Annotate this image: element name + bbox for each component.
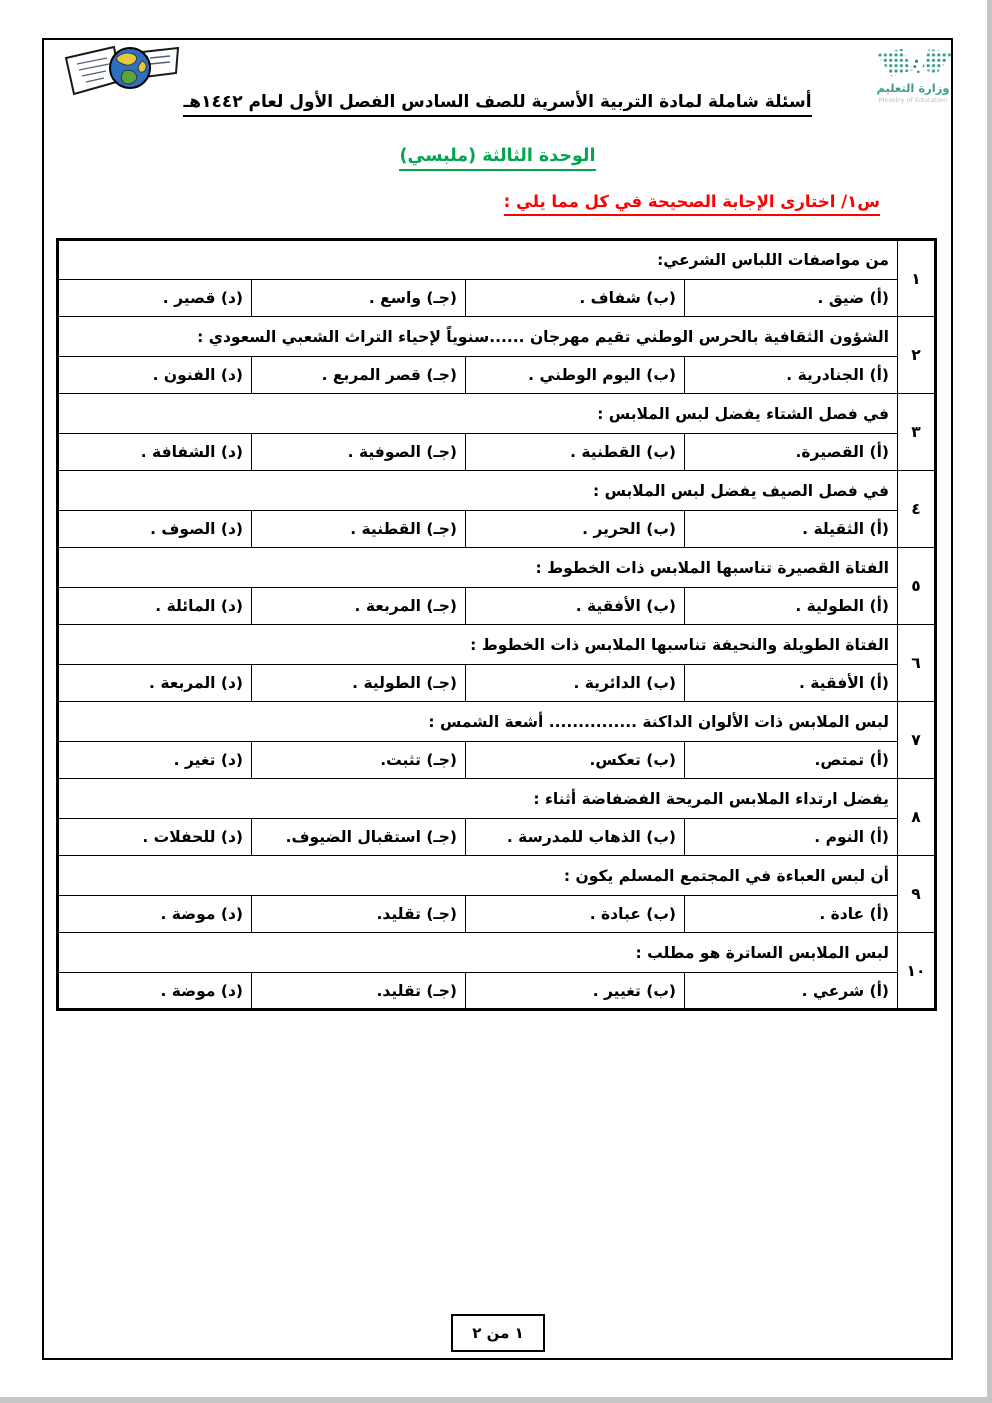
option-d: (د) تغير . (57, 742, 251, 779)
question-row: ٥ الفتاة القصيرة تناسبها الملابس ذات الخ… (57, 548, 935, 588)
option-d: (د) الفنون . (57, 357, 251, 394)
unit-title: الوحدة الثالثة (ملبسي) (399, 146, 595, 171)
option-b: (ب) تعكس. (466, 742, 685, 779)
option-j: (جـ) تثبت. (252, 742, 466, 779)
options-row: (أ) عادة . (ب) عبادة . (جـ) تقليد. (د) م… (57, 896, 935, 933)
page-indicator: ١ من ٢ (472, 1324, 524, 1342)
question-text: يفضل ارتداء الملابس المريحة الفضفاضة أثن… (57, 779, 897, 819)
question-row: ٩ أن لبس العباءة في المجتمع المسلم يكون … (57, 856, 935, 896)
options-row: (أ) الأفقية . (ب) الدائرية . (جـ) الطولي… (57, 665, 935, 702)
option-d: (د) قصير . (57, 280, 251, 317)
option-j: (جـ) واسع . (252, 280, 466, 317)
question-number: ١ (898, 240, 936, 317)
option-b: (ب) اليوم الوطني . (466, 357, 685, 394)
option-j: (جـ) تقليد. (252, 973, 466, 1010)
option-b: (ب) عبادة . (466, 896, 685, 933)
question-row: ٧ لبس الملابس ذات الألوان الداكنة ......… (57, 702, 935, 742)
option-d: (د) الصوف . (57, 511, 251, 548)
option-d: (د) المائلة . (57, 588, 251, 625)
question-row: ٣ في فصل الشتاء يفضل لبس الملابس : (57, 394, 935, 434)
question-number: ٣ (898, 394, 936, 471)
question-number: ٤ (898, 471, 936, 548)
option-a: (أ) النوم . (685, 819, 898, 856)
question-text: لبس الملابس ذات الألوان الداكنة ........… (57, 702, 897, 742)
options-row: (أ) الثقيلة . (ب) الحرير . (جـ) القطنية … (57, 511, 935, 548)
options-row: (أ) النوم . (ب) الذهاب للمدرسة . (جـ) اس… (57, 819, 935, 856)
question-text: في فصل الشتاء يفضل لبس الملابس : (57, 394, 897, 434)
document-title-row: أسئلة شاملة لمادة التربية الأسرية للصف ا… (42, 92, 953, 112)
option-a: (أ) القصيرة. (685, 434, 898, 471)
option-a: (أ) الطولية . (685, 588, 898, 625)
question-number: ٦ (898, 625, 936, 702)
option-a: (أ) شرعي . (685, 973, 898, 1010)
question-text: الشؤون الثقافية بالحرس الوطني تقيم مهرجا… (57, 317, 897, 357)
option-a: (أ) ضيق . (685, 280, 898, 317)
option-j: (جـ) قصر المربع . (252, 357, 466, 394)
option-d: (د) للحفلات . (57, 819, 251, 856)
ministry-palm-swoosh-icon (872, 46, 954, 80)
option-a: (أ) الأفقية . (685, 665, 898, 702)
question-text: أن لبس العباءة في المجتمع المسلم يكون : (57, 856, 897, 896)
option-j: (جـ) استقبال الضيوف. (252, 819, 466, 856)
option-b: (ب) الدائرية . (466, 665, 685, 702)
option-d: (د) الشفافة . (57, 434, 251, 471)
option-d: (د) المربعة . (57, 665, 251, 702)
option-j: (جـ) الصوفية . (252, 434, 466, 471)
option-b: (ب) الأفقية . (466, 588, 685, 625)
options-row: (أ) ضيق . (ب) شفاف . (جـ) واسع . (د) قصي… (57, 280, 935, 317)
option-j: (جـ) القطنية . (252, 511, 466, 548)
options-row: (أ) شرعي . (ب) تغيير . (جـ) تقليد. (د) م… (57, 973, 935, 1010)
option-b: (ب) الحرير . (466, 511, 685, 548)
document-title: أسئلة شاملة لمادة التربية الأسرية للصف ا… (183, 92, 811, 117)
question-text: الفتاة القصيرة تناسبها الملابس ذات الخطو… (57, 548, 897, 588)
question-row: ٢ الشؤون الثقافية بالحرس الوطني تقيم مهر… (57, 317, 935, 357)
option-d: (د) موضة . (57, 896, 251, 933)
question-text: في فصل الصيف يفضل لبس الملابس : (57, 471, 897, 511)
options-row: (أ) الطولية . (ب) الأفقية . (جـ) المربعة… (57, 588, 935, 625)
question-text: الفتاة الطويلة والنحيفة تناسبها الملابس … (57, 625, 897, 665)
option-a: (أ) تمتص. (685, 742, 898, 779)
page-edge-shadow-bottom (0, 1397, 992, 1403)
questions-table: ١ من مواصفات اللباس الشرعي: (أ) ضيق . (ب… (56, 238, 937, 1011)
question-number: ٨ (898, 779, 936, 856)
page-number-box: ١ من ٢ (451, 1314, 545, 1352)
option-b: (ب) تغيير . (466, 973, 685, 1010)
options-row: (أ) القصيرة. (ب) القطنية . (جـ) الصوفية … (57, 434, 935, 471)
question-prompt: س١/ اختارى الإجابة الصحيحة في كل مما يلي… (504, 192, 880, 216)
question-row: ٦ الفتاة الطويلة والنحيفة تناسبها الملاب… (57, 625, 935, 665)
question-row: ٨ يفضل ارتداء الملابس المريحة الفضفاضة أ… (57, 779, 935, 819)
option-a: (أ) عادة . (685, 896, 898, 933)
option-j: (جـ) الطولية . (252, 665, 466, 702)
option-b: (ب) الذهاب للمدرسة . (466, 819, 685, 856)
page-edge-shadow-right (987, 0, 992, 1403)
option-b: (ب) شفاف . (466, 280, 685, 317)
unit-title-row: الوحدة الثالثة (ملبسي) (42, 146, 953, 166)
question-row: ٤ في فصل الصيف يفضل لبس الملابس : (57, 471, 935, 511)
question-row: ١٠ لبس الملابس الساترة هو مطلب : (57, 933, 935, 973)
question-number: ١٠ (898, 933, 936, 1010)
option-d: (د) موضة . (57, 973, 251, 1010)
option-j: (جـ) المربعة . (252, 588, 466, 625)
question-number: ٧ (898, 702, 936, 779)
options-row: (أ) تمتص. (ب) تعكس. (جـ) تثبت. (د) تغير … (57, 742, 935, 779)
option-b: (ب) القطنية . (466, 434, 685, 471)
worksheet-page: وزارة التعليم Ministry of Education أسئل… (0, 0, 992, 1403)
question-number: ٢ (898, 317, 936, 394)
option-a: (أ) الثقيلة . (685, 511, 898, 548)
question-number: ٥ (898, 548, 936, 625)
option-a: (أ) الجنادرية . (685, 357, 898, 394)
question-number: ٩ (898, 856, 936, 933)
question-text: من مواصفات اللباس الشرعي: (57, 240, 897, 280)
question-row: ١ من مواصفات اللباس الشرعي: (57, 240, 935, 280)
option-j: (جـ) تقليد. (252, 896, 466, 933)
options-row: (أ) الجنادرية . (ب) اليوم الوطني . (جـ) … (57, 357, 935, 394)
question-text: لبس الملابس الساترة هو مطلب : (57, 933, 897, 973)
question-prompt-row: س١/ اختارى الإجابة الصحيحة في كل مما يلي… (504, 192, 880, 211)
